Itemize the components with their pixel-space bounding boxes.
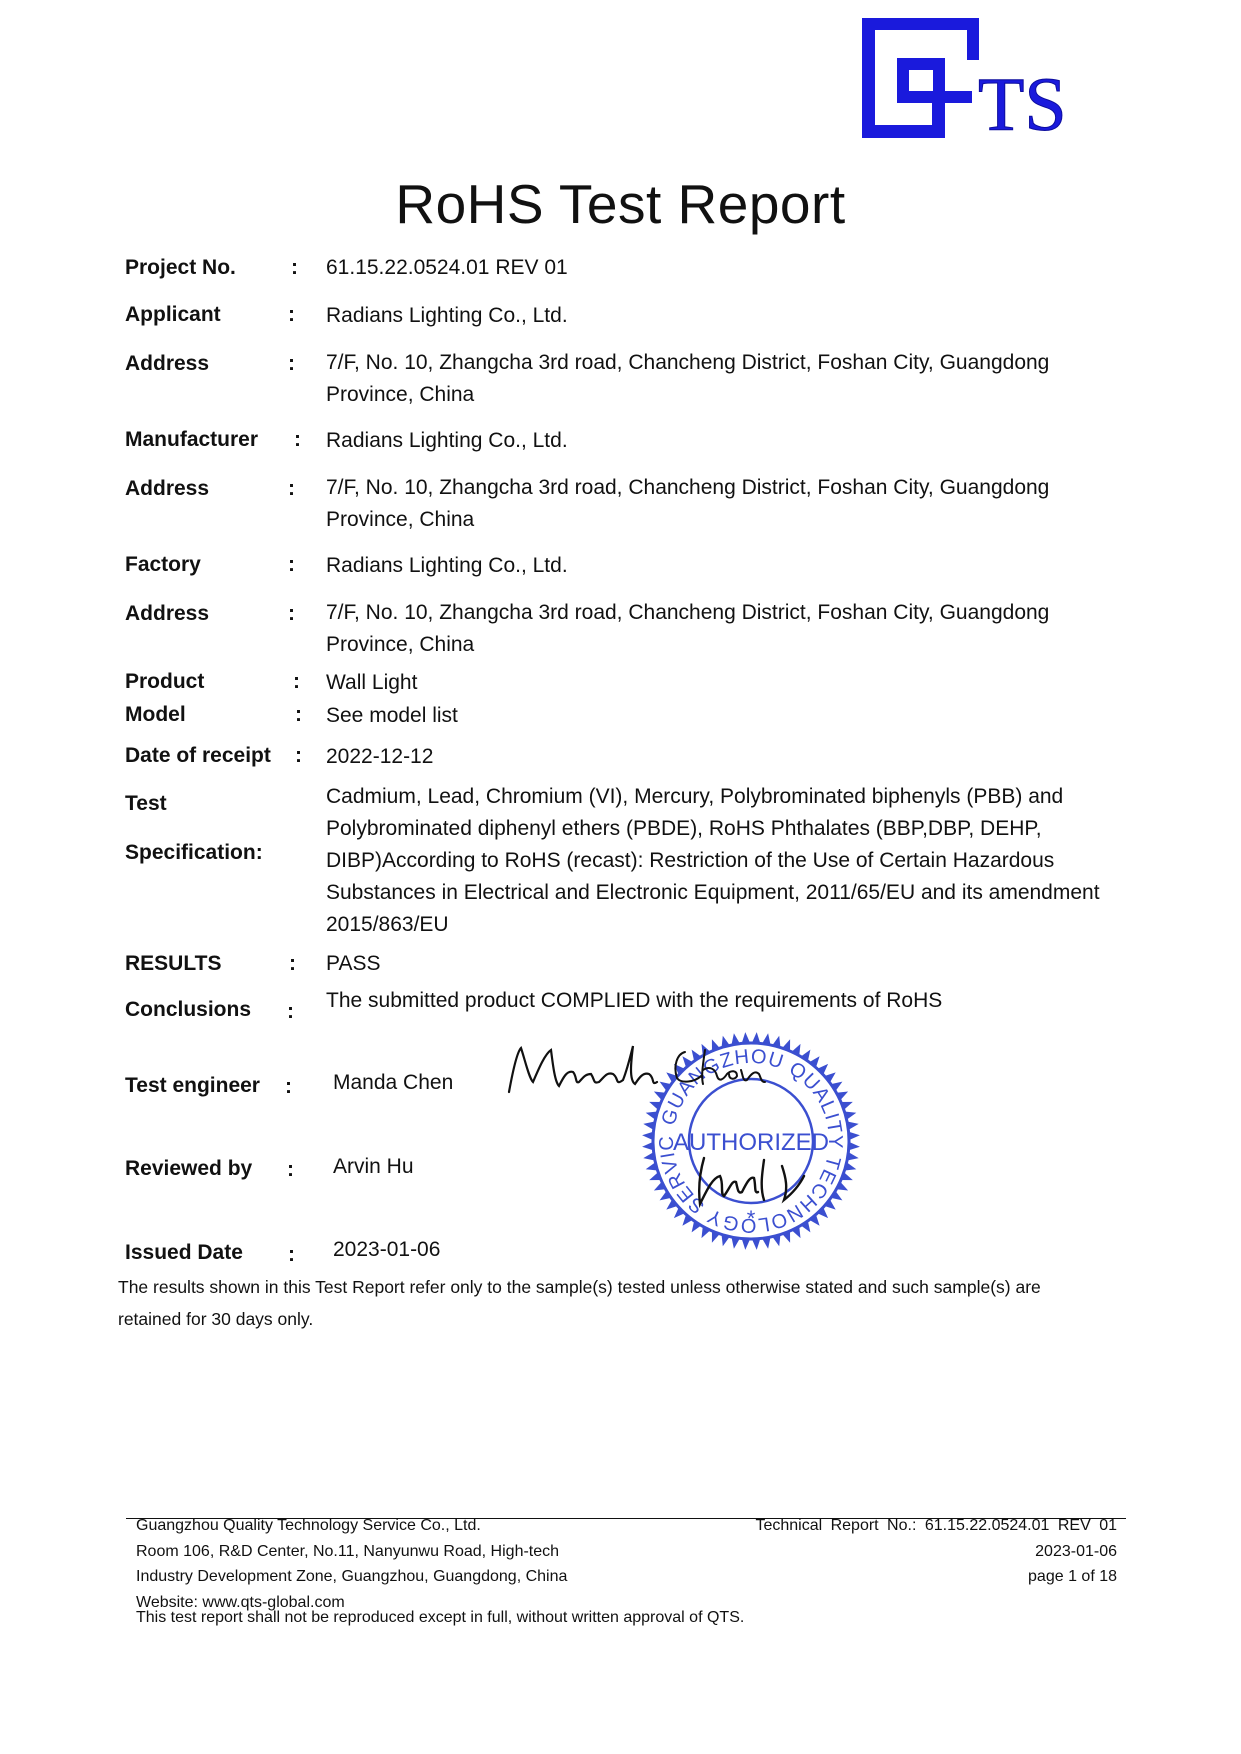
qts-logo: TS [862,18,1082,138]
footer-company: Guangzhou Quality Technology Service Co.… [136,1513,567,1539]
conclusions-label: Conclusions [125,998,251,1022]
signature-icon [505,1040,785,1100]
applicant-value: Radians Lighting Co., Ltd. [326,300,568,332]
note-line: The results shown in this Test Report re… [118,1271,1138,1303]
colon: : [291,256,298,280]
colon: : [295,744,302,768]
footer-report-no: Technical Report No.: 61.15.22.0524.01 R… [755,1513,1117,1539]
footer-report-info: Technical Report No.: 61.15.22.0524.01 R… [755,1513,1117,1590]
note-line: retained for 30 days only. [118,1303,1138,1335]
colon: : [288,553,295,577]
spec-line: 2015/863/EU [326,909,1100,941]
page-title: RoHS Test Report [0,172,1241,236]
manufacturer-address-value: 7/F, No. 10, Zhangcha 3rd road, Chanchen… [326,472,1049,536]
manufacturer-address-label: Address [125,477,209,501]
applicant-label: Applicant [125,303,221,327]
qts-logo-icon: TS [862,18,1082,138]
spec-line: Polybrominated diphenyl ethers (PBDE), R… [326,813,1100,845]
svg-text:TS: TS [978,63,1067,138]
address-line: 7/F, No. 10, Zhangcha 3rd road, Chanchen… [326,347,1049,379]
footer-disclaimer: This test report shall not be reproduced… [136,1609,744,1627]
address-line: Province, China [326,504,1049,536]
applicant-address-value: 7/F, No. 10, Zhangcha 3rd road, Chanchen… [326,347,1049,411]
colon: : [288,602,295,626]
signature-icon [690,1148,810,1218]
colon: : [288,477,295,501]
colon: : [295,703,302,727]
footer-date: 2023-01-06 [755,1539,1117,1565]
manufacturer-value: Radians Lighting Co., Ltd. [326,425,568,457]
conclusions-value: The submitted product COMPLIED with the … [326,985,942,1017]
colon: : [285,1075,292,1099]
factory-address-value: 7/F, No. 10, Zhangcha 3rd road, Chanchen… [326,597,1049,661]
colon: : [294,428,301,452]
test-engineer-label: Test engineer [125,1074,260,1098]
disclaimer-note: The results shown in this Test Report re… [118,1271,1138,1335]
project-no-label: Project No. [125,256,236,280]
issued-date-label: Issued Date [125,1241,243,1265]
factory-address-label: Address [125,602,209,626]
test-spec-label-2: Specification: [125,841,263,865]
test-spec-value: Cadmium, Lead, Chromium (VI), Mercury, P… [326,781,1100,941]
test-spec-label-1: Test [125,792,167,816]
colon: : [289,952,296,976]
colon: : [287,1000,294,1024]
project-no-value: 61.15.22.0524.01 REV 01 [326,252,568,284]
footer-page-number: page 1 of 18 [755,1564,1117,1590]
date-of-receipt-label: Date of receipt [125,744,271,768]
product-label: Product [125,670,204,694]
results-value: PASS [326,948,380,980]
footer-address-line: Industry Development Zone, Guangzhou, Gu… [136,1564,567,1590]
spec-line: Cadmium, Lead, Chromium (VI), Mercury, P… [326,781,1100,813]
address-line: Province, China [326,629,1049,661]
spec-line: Substances in Electrical and Electronic … [326,877,1100,909]
date-of-receipt-value: 2022-12-12 [326,741,433,773]
results-label: RESULTS [125,952,221,976]
colon: : [288,352,295,376]
engineer-signature [505,1040,785,1100]
colon: : [287,1158,294,1182]
manufacturer-label: Manufacturer [125,428,258,452]
reviewer-signature [690,1148,810,1218]
product-value: Wall Light [326,667,417,699]
reviewed-by-label: Reviewed by [125,1157,252,1181]
spec-line: DIBP)According to RoHS (recast): Restric… [326,845,1100,877]
colon: : [293,670,300,694]
footer-address-line: Room 106, R&D Center, No.11, Nanyunwu Ro… [136,1539,567,1565]
address-line: 7/F, No. 10, Zhangcha 3rd road, Chanchen… [326,472,1049,504]
factory-label: Factory [125,553,201,577]
model-value: See model list [326,700,458,732]
footer-company-info: Guangzhou Quality Technology Service Co.… [136,1513,567,1615]
model-label: Model [125,703,186,727]
test-engineer-value: Manda Chen [333,1067,453,1099]
applicant-address-label: Address [125,352,209,376]
colon: : [288,303,295,327]
reviewed-by-value: Arvin Hu [333,1151,414,1183]
factory-value: Radians Lighting Co., Ltd. [326,550,568,582]
address-line: 7/F, No. 10, Zhangcha 3rd road, Chanchen… [326,597,1049,629]
issued-date-value: 2023-01-06 [333,1234,440,1266]
colon: : [288,1243,295,1267]
address-line: Province, China [326,379,1049,411]
